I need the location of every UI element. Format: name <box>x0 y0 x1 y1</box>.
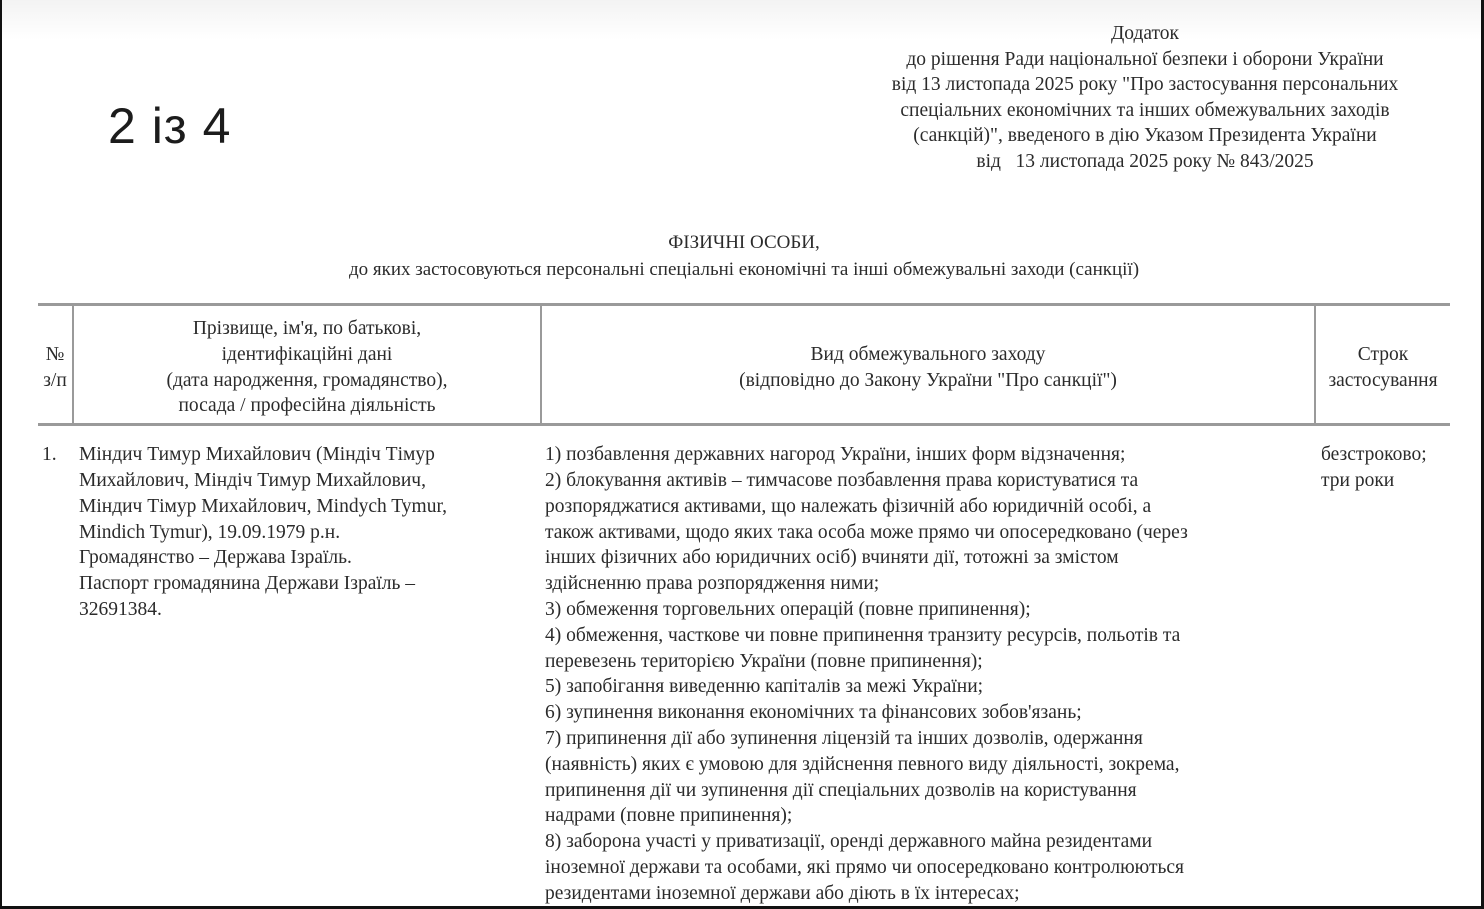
measure-line: припинення дії чи зупинення дії спеціаль… <box>545 778 1309 804</box>
header-line: ідентифікаційні дані <box>80 342 534 368</box>
column-header-number: № з/п <box>38 305 73 425</box>
heading-title: ФІЗИЧНІ ОСОБИ, <box>2 229 1484 256</box>
annex-header: Додаток до рішення Ради національної без… <box>810 21 1480 174</box>
measure-line: (наявність) яких є умовою для здійснення… <box>545 752 1309 778</box>
header-line: (дата народження, громадянство), <box>80 368 534 394</box>
column-header-term: Строк застосування <box>1315 305 1450 425</box>
table-row: 1. Міндич Тимур Михайлович (Міндіч Тімур… <box>38 425 1450 909</box>
annex-line: до рішення Ради національної безпеки і о… <box>810 47 1480 73</box>
person-details: Міндич Тимур Михайлович (Міндіч ТімурМих… <box>73 425 541 909</box>
measure-line: резидентами іноземної держави або діють … <box>545 881 1309 907</box>
person-line: Міндич Тімур Михайлович, Mindych Tymur, <box>79 494 535 520</box>
header-line: (відповідно до Закону України "Про санкц… <box>548 368 1308 394</box>
measure-line: 3) обмеження торговельних операцій (повн… <box>545 597 1309 623</box>
annex-line: (санкцій)", введеного в дію Указом Прези… <box>810 123 1480 149</box>
restrictive-measures: 1) позбавлення державних нагород України… <box>541 425 1315 909</box>
annex-line: від 13 листопада 2025 року "Про застосув… <box>810 72 1480 98</box>
header-line: Прізвище, ім'я, по батькові, <box>80 316 534 342</box>
heading-subtitle: до яких застосовуються персональні спеці… <box>2 256 1484 283</box>
column-header-measure: Вид обмежувального заходу (відповідно до… <box>541 305 1315 425</box>
header-line: № <box>38 342 72 368</box>
annex-line: спеціальних економічних та інших обмежув… <box>810 98 1480 124</box>
measure-line: 4) обмеження, часткове чи повне припинен… <box>545 623 1309 649</box>
header-line: посада / професійна діяльність <box>80 393 534 419</box>
measure-line: 1) позбавлення державних нагород України… <box>545 442 1309 468</box>
term-line: безстроково; <box>1321 442 1444 468</box>
header-line: застосування <box>1322 368 1444 394</box>
header-line: з/п <box>38 368 72 394</box>
measure-line: 7) припинення дії або зупинення ліцензій… <box>545 726 1309 752</box>
person-line: Міндич Тимур Михайлович (Міндіч Тімур <box>79 442 535 468</box>
measure-line: надрами (повне припинення); <box>545 803 1309 829</box>
document-page: 2 із 4 Додаток до рішення Ради національ… <box>0 0 1484 909</box>
measure-line: перевезень територією України (повне при… <box>545 649 1309 675</box>
person-line: Громадянство – Держава Ізраїль. <box>79 545 535 571</box>
table-header-row: № з/п Прізвище, ім'я, по батькові, ідент… <box>38 305 1450 425</box>
header-line: Вид обмежувального заходу <box>548 342 1308 368</box>
measure-line: здійсненню права розпорядження ними; <box>545 571 1309 597</box>
measure-line: 2) блокування активів – тимчасове позбав… <box>545 468 1309 494</box>
header-line: Строк <box>1322 342 1444 368</box>
measure-line: іноземної держави та особами, які прямо … <box>545 855 1309 881</box>
measure-line: 8) заборона участі у приватизації, оренд… <box>545 829 1309 855</box>
row-number: 1. <box>38 425 73 909</box>
annex-line: від 13 листопада 2025 року № 843/2025 <box>810 149 1480 175</box>
page-counter: 2 із 4 <box>108 98 231 154</box>
document-heading: ФІЗИЧНІ ОСОБИ, до яких застосовуються пе… <box>2 229 1484 283</box>
person-line: Mindich Tymur), 19.09.1979 р.н. <box>79 520 535 546</box>
person-line: Михайлович, Міндіч Тимур Михайлович, <box>79 468 535 494</box>
term-line: три роки <box>1321 468 1444 494</box>
measure-line: 6) зупинення виконання економічних та фі… <box>545 700 1309 726</box>
application-term: безстроково;три роки <box>1315 425 1450 909</box>
sanctions-table: № з/п Прізвище, ім'я, по батькові, ідент… <box>38 303 1450 909</box>
measure-line: інших фізичних або юридичних осіб) вчиня… <box>545 545 1309 571</box>
column-header-person: Прізвище, ім'я, по батькові, ідентифікац… <box>73 305 541 425</box>
person-line: Паспорт громадянина Держави Ізраїль – <box>79 571 535 597</box>
annex-line: Додаток <box>810 21 1480 47</box>
person-line: 32691384. <box>79 597 535 623</box>
measure-line: також активами, щодо яких така особа мож… <box>545 520 1309 546</box>
measure-line: розпоряджатися активами, що належать фіз… <box>545 494 1309 520</box>
measure-line: 5) запобігання виведенню капіталів за ме… <box>545 674 1309 700</box>
